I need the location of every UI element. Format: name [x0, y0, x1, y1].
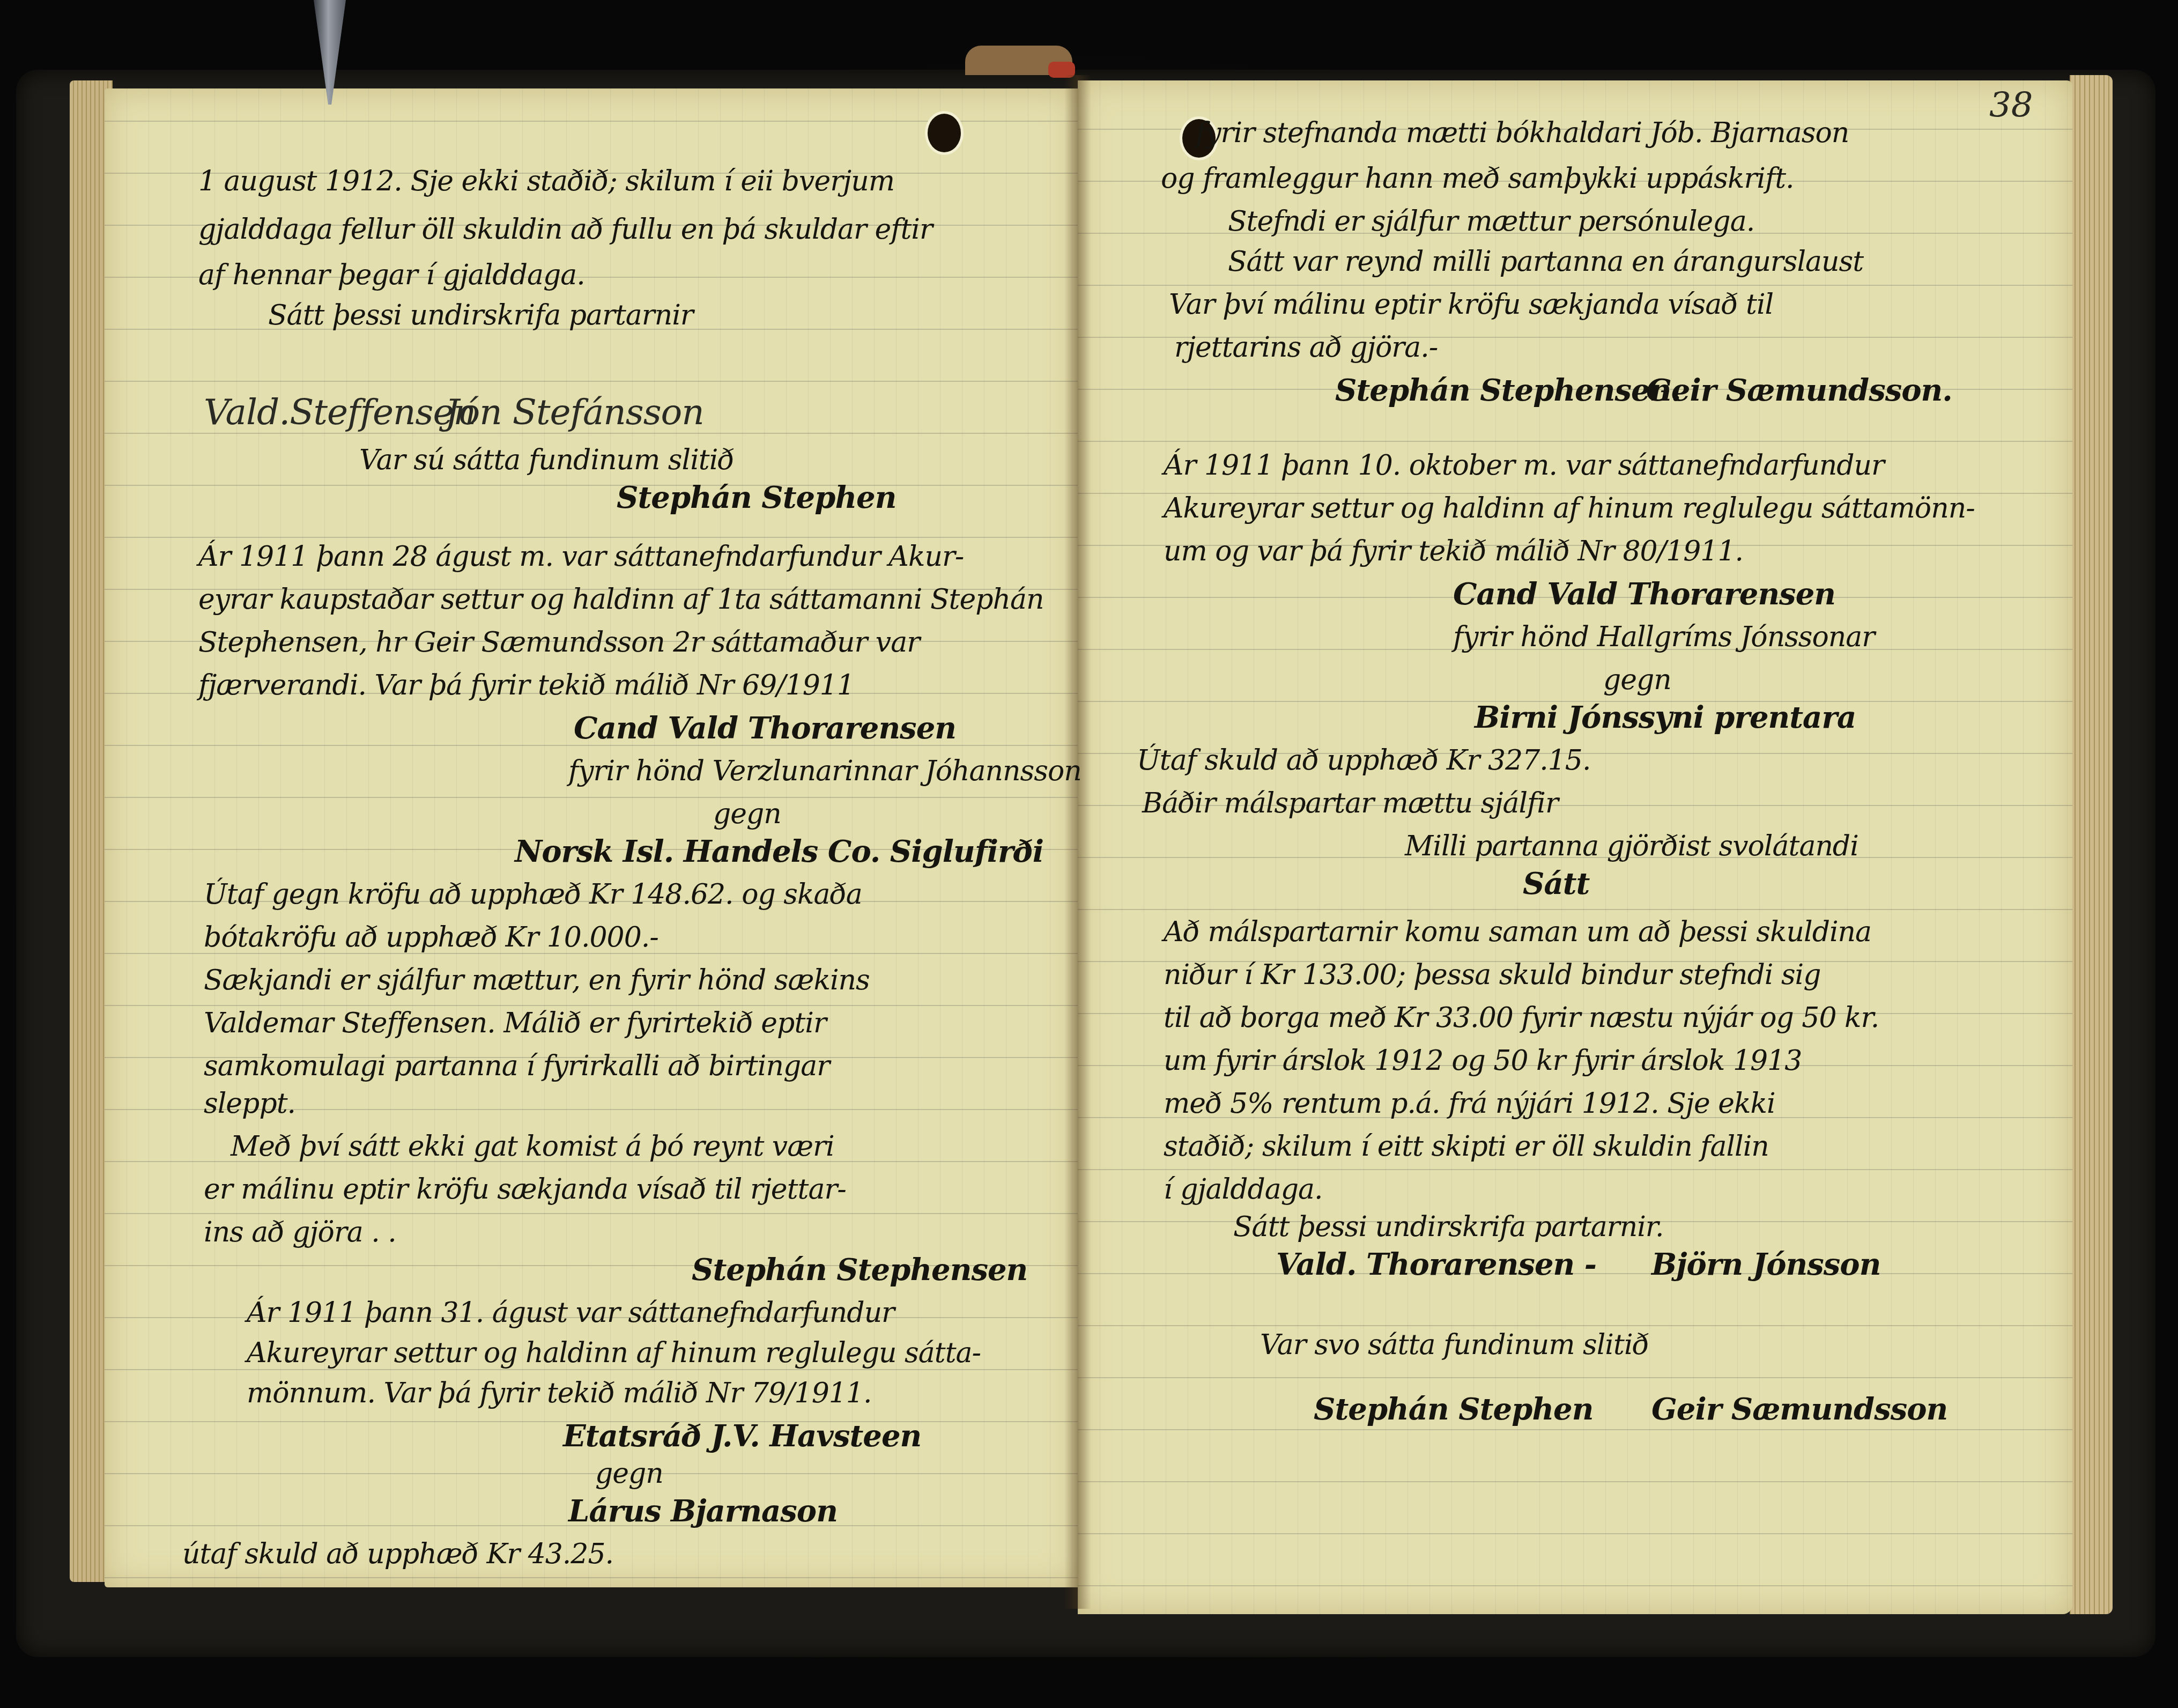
right-entry2-body-3: Sátt: [1523, 858, 1589, 910]
scan-background: 38 1 august 1912. Sje ekki staðið; skilu…: [0, 0, 2178, 1708]
right-closing-text: Var svo sátta fundinum slitið: [1260, 1319, 1649, 1371]
right-cont-signature-1: Stephán Stephensen.: [1335, 365, 1681, 417]
page-edges-right: [2070, 75, 2113, 1614]
right-cont-signature-2: Geir Sæmundsson.: [1646, 365, 1952, 417]
right-entry2-body-2: Milli partanna gjörðist svolátandi: [1405, 820, 1858, 873]
right-cont-line-1: fyrir stefnanda mætti bókhaldari Jób. Bj…: [1196, 107, 1849, 159]
right-closing-signature-2: Geir Sæmundsson: [1651, 1384, 1947, 1436]
left-line-2: gjalddaga fellur öll skuldin að fullu en…: [198, 204, 932, 256]
binding-hole-left: [928, 114, 961, 152]
left-line-1: 1 august 1912. Sje ekki staðið; skilum í…: [198, 156, 894, 208]
book-gutter: [1064, 75, 1091, 1609]
entry2-plaintiff-2: fyrir hönd Verzlunarinnar Jóhannsson: [568, 745, 1081, 797]
entry3-claim: útaf skuld að upphæð Kr 43.25.: [182, 1528, 613, 1580]
right-entry2-signature-2: Björn Jónsson: [1651, 1239, 1880, 1291]
page-number: 38: [1989, 86, 2033, 125]
left-line-4: Sátt þessi undirskrifa partarnir: [268, 290, 693, 342]
right-entry2-signature-1: Vald. Thorarensen -: [1276, 1239, 1596, 1291]
entry2-body-5: samkomulagi partanna í fyrirkalli að bir…: [204, 1040, 829, 1092]
right-closing-signature-1: Stephán Stephen: [1314, 1384, 1593, 1436]
margin-name: Vald.Steffensen: [204, 386, 476, 438]
entry2-body-9: ins að gjöra . .: [204, 1207, 396, 1259]
heading-name: Jón Stefánsson: [445, 386, 704, 438]
entry1-signature: Stephán Stephen: [617, 472, 896, 524]
